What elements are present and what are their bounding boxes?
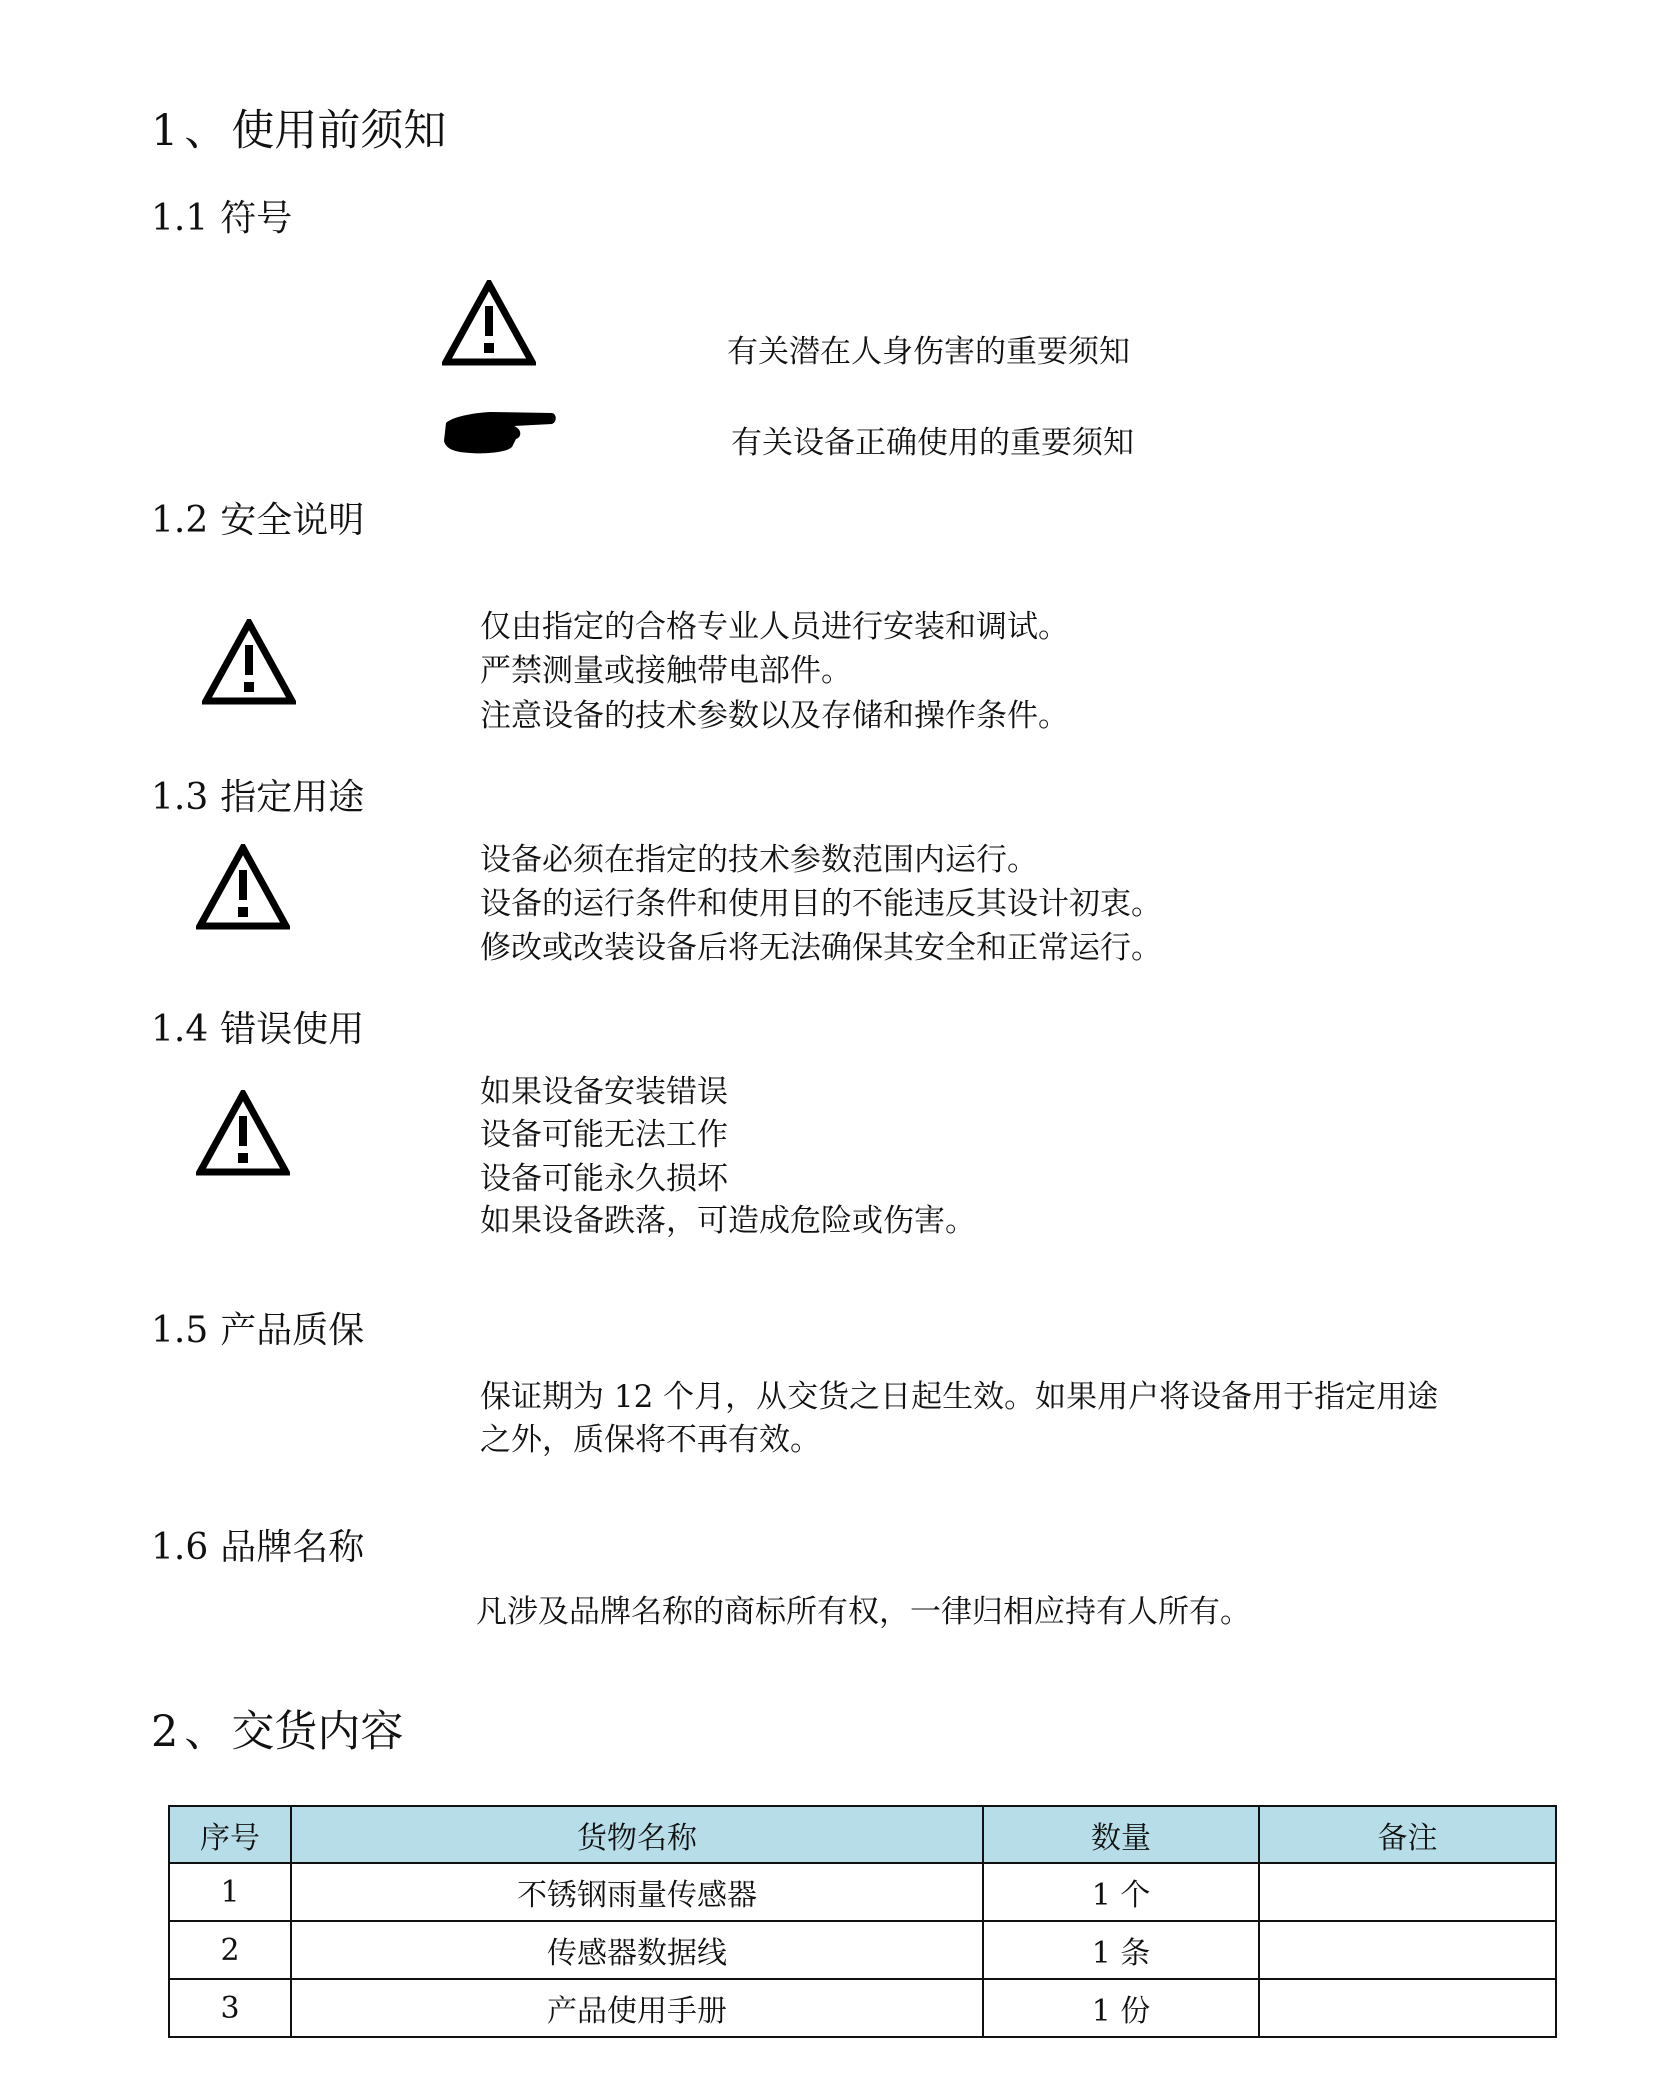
section-1-text: 使用前须知 (231, 106, 446, 156)
cell-name: 不锈钢雨量传感器 (291, 1863, 983, 1921)
subsection-text: 错误使用 (220, 1009, 364, 1050)
subsection-1-6-title: 1.6品牌名称 (151, 1527, 364, 1569)
section-2-number: 2 (151, 1707, 178, 1757)
cell-note (1259, 1863, 1556, 1921)
table-header-row: 序号 货物名称 数量 备注 (169, 1806, 1556, 1863)
header-name: 货物名称 (291, 1806, 983, 1863)
misuse-line-3: 设备可能永久损坏 (480, 1157, 728, 1201)
subsection-1-4-title: 1.4错误使用 (151, 1009, 364, 1051)
misuse-line-4: 如果设备跌落，可造成危险或伤害。 (480, 1199, 976, 1243)
subsection-text: 产品质保 (220, 1310, 364, 1351)
cell-no: 2 (169, 1921, 291, 1979)
subsection-number: 1.6 (151, 1527, 208, 1568)
cell-no: 3 (169, 1979, 291, 2037)
cell-qty: 1 份 (983, 1979, 1259, 2037)
symbol-warning-description: 有关潜在人身伤害的重要须知 (727, 330, 1130, 374)
safety-line-2: 严禁测量或接触带电部件。 (480, 649, 852, 693)
warranty-line-1: 保证期为 12 个月，从交货之日起生效。如果用户将设备用于指定用途 (480, 1375, 1438, 1419)
safety-line-1: 仅由指定的合格专业人员进行安装和调试。 (480, 605, 1069, 649)
header-qty: 数量 (983, 1806, 1259, 1863)
table-row: 1 不锈钢雨量传感器 1 个 (169, 1863, 1556, 1921)
delivery-contents-table: 序号 货物名称 数量 备注 1 不锈钢雨量传感器 1 个 2 传感器数据线 1 … (168, 1805, 1557, 2038)
brand-line-1: 凡涉及品牌名称的商标所有权，一律归相应持有人所有。 (476, 1590, 1251, 1634)
header-note: 备注 (1259, 1806, 1556, 1863)
misuse-line-2: 设备可能无法工作 (480, 1113, 728, 1157)
pointing-hand-icon (442, 407, 558, 455)
subsection-number: 1.1 (151, 198, 208, 239)
section-1-separator: 、 (184, 106, 227, 156)
subsection-number: 1.5 (151, 1310, 208, 1351)
cell-note (1259, 1921, 1556, 1979)
intended-use-line-1: 设备必须在指定的技术参数范围内运行。 (480, 838, 1038, 882)
cell-name: 传感器数据线 (291, 1921, 983, 1979)
warning-triangle-icon (442, 280, 536, 368)
cell-no: 1 (169, 1863, 291, 1921)
subsection-1-1-title: 1.1符号 (151, 198, 292, 240)
subsection-number: 1.4 (151, 1009, 208, 1050)
warning-triangle-icon (196, 844, 290, 932)
subsection-text: 品牌名称 (220, 1527, 364, 1568)
cell-name: 产品使用手册 (291, 1979, 983, 2037)
subsection-text: 符号 (220, 198, 292, 239)
subsection-text: 指定用途 (220, 777, 364, 818)
warning-triangle-icon (202, 619, 296, 707)
subsection-number: 1.3 (151, 777, 208, 818)
intended-use-line-2: 设备的运行条件和使用目的不能违反其设计初衷。 (480, 882, 1162, 926)
intended-use-line-3: 修改或改装设备后将无法确保其安全和正常运行。 (480, 926, 1162, 970)
subsection-text: 安全说明 (220, 500, 364, 541)
subsection-1-2-title: 1.2安全说明 (151, 500, 364, 542)
header-no: 序号 (169, 1806, 291, 1863)
safety-line-3: 注意设备的技术参数以及存储和操作条件。 (480, 694, 1069, 738)
subsection-number: 1.2 (151, 500, 208, 541)
cell-qty: 1 条 (983, 1921, 1259, 1979)
table-row: 3 产品使用手册 1 份 (169, 1979, 1556, 2037)
subsection-1-3-title: 1.3指定用途 (151, 777, 364, 819)
table-row: 2 传感器数据线 1 条 (169, 1921, 1556, 1979)
section-2-separator: 、 (184, 1707, 227, 1757)
section-1-number: 1 (151, 106, 178, 156)
cell-note (1259, 1979, 1556, 2037)
warranty-line-2: 之外，质保将不再有效。 (480, 1418, 821, 1462)
symbol-hand-description: 有关设备正确使用的重要须知 (731, 421, 1134, 465)
subsection-1-5-title: 1.5产品质保 (151, 1310, 364, 1352)
misuse-line-1: 如果设备安装错误 (480, 1070, 728, 1114)
warning-triangle-icon (196, 1090, 290, 1178)
section-1-title: 1、使用前须知 (151, 107, 446, 155)
section-2-title: 2、交货内容 (151, 1708, 403, 1756)
section-2-text: 交货内容 (231, 1707, 403, 1757)
cell-qty: 1 个 (983, 1863, 1259, 1921)
